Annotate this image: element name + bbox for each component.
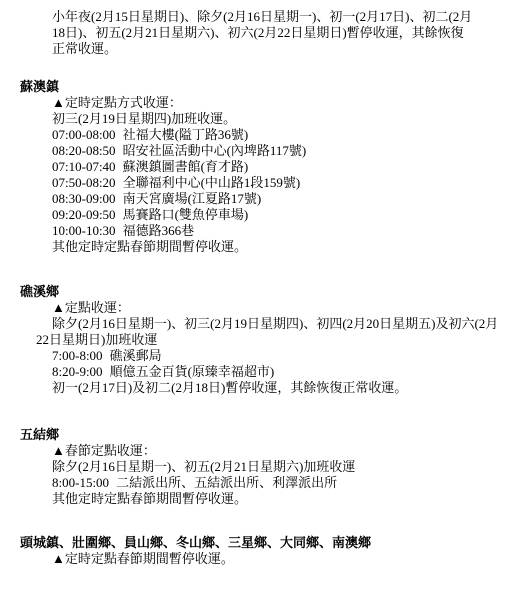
schedule-place: 南天宮廣場(江夏路17號): [123, 191, 262, 206]
section-title-suao: 蘇澳鎮: [20, 79, 506, 95]
section-other-townships: 頭城鎮、壯圍鄉、員山鄉、冬山鄉、三星鄉、大同鄉、南澳鄉 ▲定時定點春節期間暫停收…: [20, 535, 506, 567]
schedule-row: 8:00-15:00二結派出所、五結派出所、利澤派出所: [52, 475, 506, 491]
schedule-row: 10:00-10:30福德路366巷: [52, 223, 506, 239]
schedule-time: 08:30-09:00: [52, 191, 116, 206]
document: 小年夜(2月15日星期日)、除夕(2月16日星期一)、初一(2月17日)、初二(…: [0, 0, 524, 567]
schedule-time: 8:20-9:00: [52, 364, 103, 379]
schedule-row: 08:30-09:00南天宮廣場(江夏路17號): [52, 191, 506, 207]
schedule-time: 07:50-08:20: [52, 175, 116, 190]
collection-method-line: ▲定點收運：: [52, 300, 506, 316]
schedule-time: 7:00-8:00: [52, 348, 103, 363]
collection-method-line: ▲定時定點春節期間暫停收運。: [52, 551, 506, 567]
collection-method-line: ▲春節定點收運：: [52, 443, 506, 459]
section-title-wujie: 五結鄉: [20, 427, 506, 443]
schedule-place: 二結派出所、五結派出所、利澤派出所: [116, 475, 337, 490]
schedule-place: 昭安社區活動中心(內埤路117號): [123, 143, 307, 158]
schedule-place: 全聯福利中心(中山路1段159號): [123, 175, 301, 190]
schedule-row: 8:20-9:00順億五金百貨(原臻幸福超市): [52, 364, 506, 380]
schedule-row: 08:20-08:50昭安社區活動中心(內埤路117號): [52, 143, 506, 159]
schedule-place: 福德路366巷: [123, 223, 195, 238]
schedule-time: 09:20-09:50: [52, 207, 116, 222]
schedule-place: 順億五金百貨(原臻幸福超市): [110, 364, 275, 379]
section-title-other-townships: 頭城鎮、壯圍鄉、員山鄉、冬山鄉、三星鄉、大同鄉、南澳鄉: [20, 535, 506, 551]
section-suao: 蘇澳鎮 ▲定時定點方式收運： 初三(2月19日星期四)加班收運。 07:00-0…: [20, 79, 506, 255]
extra-run-note: 初三(2月19日星期四)加班收運。: [52, 111, 506, 127]
schedule-row: 07:00-08:00社福大樓(隘丁路36號): [52, 127, 506, 143]
schedule-row: 7:00-8:00礁溪郵局: [52, 348, 506, 364]
schedule-place: 社福大樓(隘丁路36號): [123, 127, 249, 142]
section-footer: 其他定時定點春節期間暫停收運。: [52, 239, 506, 255]
schedule-row: 07:50-08:20全聯福利中心(中山路1段159號): [52, 175, 506, 191]
schedule-time: 08:20-08:50: [52, 143, 116, 158]
extra-run-note: 除夕(2月16日星期一)、初三(2月19日星期四)、初四(2月20日星期五)及初…: [36, 316, 504, 348]
section-title-jiaoxi: 礁溪鄉: [20, 284, 506, 300]
schedule-time: 8:00-15:00: [52, 475, 109, 490]
section-footer: 其他定時定點春節期間暫停收運。: [52, 491, 506, 507]
schedule-place: 蘇澳鎮圖書館(育才路): [123, 159, 249, 174]
extra-run-note: 除夕(2月16日星期一)、初五(2月21日星期六)加班收運: [52, 459, 506, 475]
schedule-place: 礁溪郵局: [110, 348, 162, 363]
collection-method-line: ▲定時定點方式收運：: [52, 95, 506, 111]
schedule-row: 09:20-09:50馬賽路口(雙魚停車場): [52, 207, 506, 223]
schedule-row: 07:10-07:40蘇澳鎮圖書館(育才路): [52, 159, 506, 175]
schedule-time: 07:00-08:00: [52, 127, 116, 142]
schedule-place: 馬賽路口(雙魚停車場): [123, 207, 249, 222]
section-wujie: 五結鄉 ▲春節定點收運： 除夕(2月16日星期一)、初五(2月21日星期六)加班…: [20, 427, 506, 507]
section-jiaoxi: 礁溪鄉 ▲定點收運： 除夕(2月16日星期一)、初三(2月19日星期四)、初四(…: [20, 284, 506, 396]
intro-paragraph: 小年夜(2月15日星期日)、除夕(2月16日星期一)、初一(2月17日)、初二(…: [52, 9, 476, 57]
section-footer: 初一(2月17日)及初二(2月18日)暫停收運，其餘恢復正常收運。: [52, 380, 506, 396]
schedule-time: 10:00-10:30: [52, 223, 116, 238]
schedule-time: 07:10-07:40: [52, 159, 116, 174]
